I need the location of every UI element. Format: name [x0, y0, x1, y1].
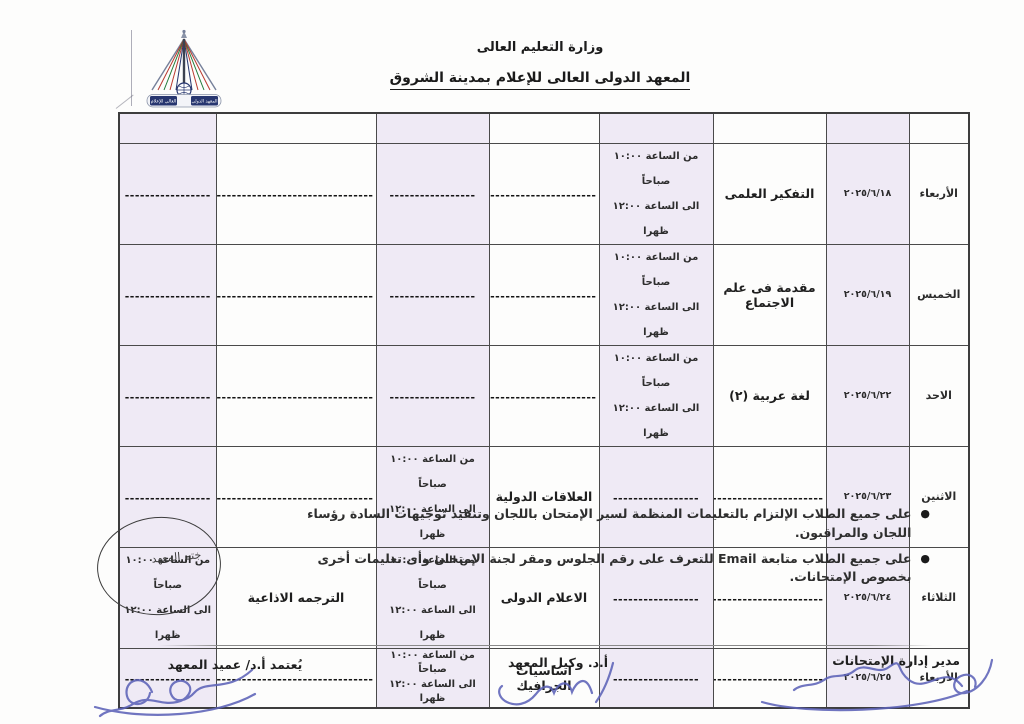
empty-subject-cell: ------------------------ [489, 345, 599, 446]
institute-title-text: المعهد الدولى العالى للإعلام بمدينة الشر… [390, 70, 691, 90]
date-cell: ٢٠٢٥/٦/١٩ [826, 244, 909, 345]
empty-time-cell: ----------------- [376, 244, 489, 345]
time-cell: من الساعة ١٠:٠٠ صباحاً الى الساعة ١٢:٠٠ … [599, 244, 713, 345]
bullet-icon: ● [920, 550, 930, 569]
table-row: الأربعاء ٢٠٢٥/٦/١٨ التفكير العلمى من الس… [119, 143, 969, 244]
note-item: ● على جميع الطلاب متابعة Email للتعرف عل… [280, 550, 930, 588]
empty-subject-cell: ------------------------ [713, 648, 826, 708]
header-cell [713, 113, 826, 143]
empty-subject-cell: -------------------------------------- [216, 143, 376, 244]
header-day-cell [909, 113, 969, 143]
time-to: الى الساعة ١٢:٠٠ ظهرا [613, 302, 700, 338]
empty-subject-cell: ------------------------ [489, 244, 599, 345]
signature-title-vice-dean: أ.د. وكيل المعهد [468, 655, 648, 670]
note-text: على جميع الطلاب متابعة Email للتعرف على … [280, 550, 911, 588]
table-row: الاحد ٢٠٢٥/٦/٢٢ لغة عربية (٢) من الساعة … [119, 345, 969, 446]
logo-banner-right-text: المعهد الدولي [191, 100, 217, 105]
instruction-notes: ● على جميع الطلاب الإلتزام بالتعليمات ال… [280, 505, 930, 594]
date-cell: ٢٠٢٥/٦/١٨ [826, 143, 909, 244]
time-to: الى الساعة ١٢:٠٠ ظهرا [389, 605, 476, 641]
empty-time-cell: ----------------- [119, 345, 216, 446]
signature-divider-line [158, 645, 933, 646]
day-cell: الخميس [909, 244, 969, 345]
table-row: الخميس ٢٠٢٥/٦/١٩ مقدمة فى علم الاجتماع م… [119, 244, 969, 345]
exam-schedule-table: الأربعاء ٢٠٢٥/٦/١٨ التفكير العلمى من الس… [118, 112, 970, 709]
empty-subject-cell: ------------------------ [489, 143, 599, 244]
date-cell: ٢٠٢٥/٦/٢٢ [826, 345, 909, 446]
day-cell: الأربعاء [909, 143, 969, 244]
institute-title: المعهد الدولى العالى للإعلام بمدينة الشر… [160, 70, 920, 86]
header-date-cell [826, 113, 909, 143]
time-from: من الساعة ١٠:٠٠ صباحاً [614, 353, 699, 389]
signature-title-dean-approval: يُعتمد أ.د/ عميد المعهد [160, 657, 310, 672]
empty-subject-cell: -------------------------------------- [216, 244, 376, 345]
time-from: من الساعة ١٠:٠٠ صباحاً [614, 252, 699, 288]
empty-time-cell: ----------------- [376, 143, 489, 244]
empty-time-cell: ----------------- [376, 345, 489, 446]
time-from: من الساعة ١٠:٠٠ صباحاً [614, 151, 699, 187]
header-cell [119, 113, 216, 143]
header-cell [489, 113, 599, 143]
time-to: الى الساعة ١٢:٠٠ ظهرا [613, 201, 700, 237]
subject-cell: التفكير العلمى [713, 143, 826, 244]
time-from: من الساعة ١٠:٠٠ صباحاً [390, 454, 475, 490]
table-header-row [119, 113, 969, 143]
day-cell: الاحد [909, 345, 969, 446]
time-from: من الساعة ١٠:٠٠ صباحاً [390, 650, 475, 676]
time-cell: من الساعة ١٠:٠٠ صباحاً الى الساعة ١٢:٠٠ … [599, 143, 713, 244]
logo-banner-left-text: العالي للإعلام [151, 100, 176, 105]
subject-cell: لغة عربية (٢) [713, 345, 826, 446]
subject-cell: مقدمة فى علم الاجتماع [713, 244, 826, 345]
time-to: الى الساعة ١٢:٠٠ ظهرا [389, 679, 476, 705]
header-cell [599, 113, 713, 143]
empty-time-cell: ----------------- [119, 244, 216, 345]
empty-time-cell: ----------------- [119, 143, 216, 244]
header-cell [216, 113, 376, 143]
note-text: على جميع الطلاب الإلتزام بالتعليمات المن… [280, 505, 911, 543]
note-item: ● على جميع الطلاب الإلتزام بالتعليمات ال… [280, 505, 930, 543]
time-cell: من الساعة ١٠:٠٠ صباحاً الى الساعة ١٢:٠٠ … [599, 345, 713, 446]
time-to: الى الساعة ١٢:٠٠ ظهرا [613, 403, 700, 439]
stamp-label: ختم المعهد [151, 548, 202, 565]
ministry-title: وزارة التعليم العالى [160, 40, 920, 55]
empty-subject-cell: -------------------------------------- [216, 345, 376, 446]
institute-logo-icon: المعهد الدولي العالي للإعلام [141, 28, 227, 114]
signature-title-exams-director: مدير إدارة الإمتحانات [832, 653, 960, 668]
bullet-icon: ● [920, 505, 930, 524]
header-cell [376, 113, 489, 143]
scanned-exam-schedule-document: { "header": { "ministry_title": "وزارة ا… [0, 0, 1024, 724]
